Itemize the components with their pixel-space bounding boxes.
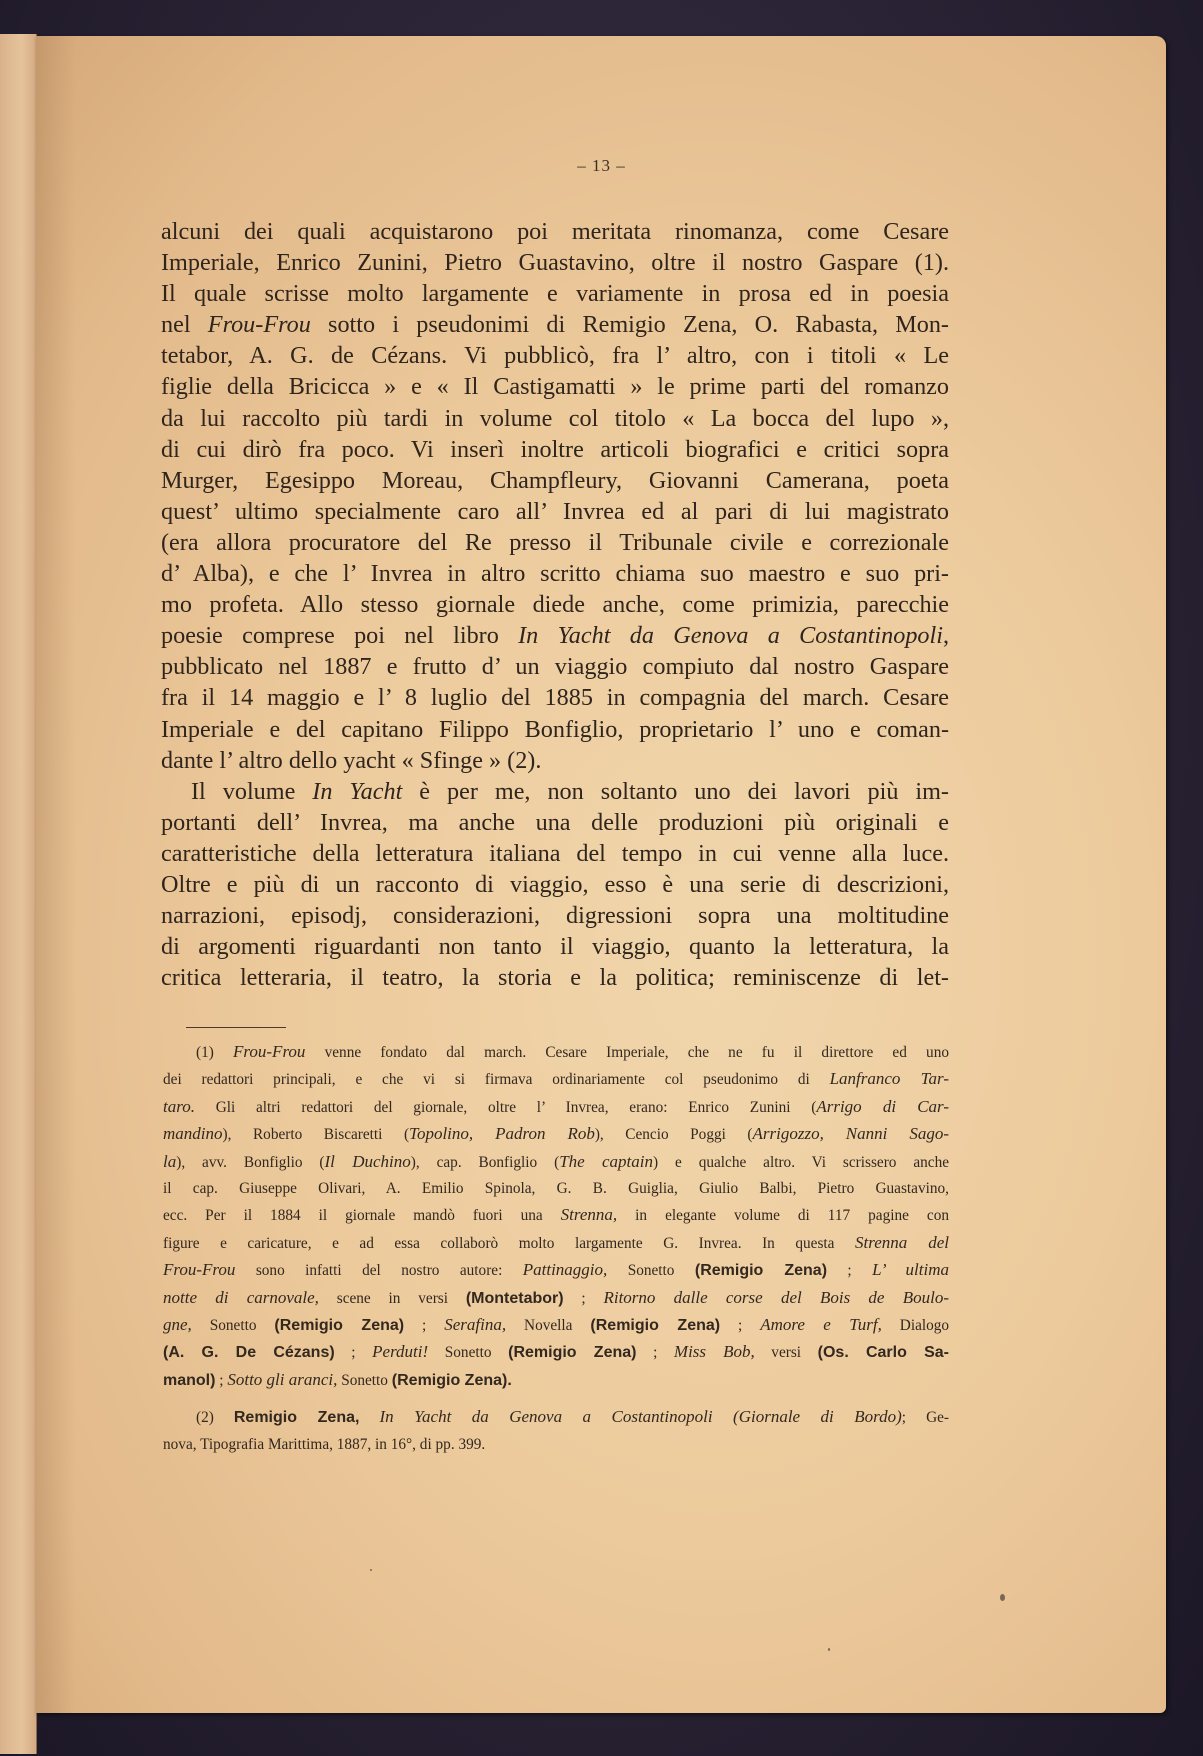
body-line: Il quale scrisse molto largamente e vari… — [161, 278, 949, 309]
italic-text: Amore e Turf, — [760, 1315, 882, 1334]
body-line: Il volume In Yacht è per me, non soltant… — [161, 776, 949, 807]
italic-text: Frou-Frou — [163, 1260, 235, 1279]
italic-text: la — [163, 1152, 176, 1171]
body-line: tetabor, A. G. de Cézans. Vi pubblicò, f… — [161, 340, 949, 371]
italic-text: Perduti! — [372, 1342, 428, 1361]
footnote-2: (2) Remigio Zena, In Yacht da Genova a C… — [163, 1404, 949, 1458]
body-line: mo profeta. Allo stesso giornale diede a… — [161, 589, 949, 620]
body-line: quest’ ultimo specialmente caro all’ Inv… — [161, 496, 949, 527]
footnote-line: dei redattori principali, e che vi si fi… — [163, 1066, 949, 1093]
body-line: di cui dirò fra poco. Vi inserì inoltre … — [161, 434, 949, 465]
italic-text: In Yacht da Genova a Costantinopoli (Gio… — [380, 1407, 902, 1426]
bold-text: (Remigio Zena). — [392, 1372, 512, 1389]
body-line: dante l’ altro dello yacht « Sfinge » (2… — [161, 745, 949, 776]
footnote-1: (1) Frou-Frou venne fondato dal march. C… — [163, 1039, 949, 1394]
body-line: Murger, Egesippo Moreau, Champfleury, Gi… — [161, 465, 949, 496]
italic-text: Strenna del — [855, 1233, 949, 1252]
footnote-line: la), avv. Bonfiglio (Il Duchino), cap. B… — [163, 1149, 949, 1176]
body-line: poesie comprese poi nel libro In Yacht d… — [161, 620, 949, 651]
body-line: Imperiale e del capitano Filippo Bonfigl… — [161, 714, 949, 745]
italic-text: Arrigo di Car- — [816, 1097, 949, 1116]
paper-spot — [1000, 1594, 1005, 1601]
italic-text: Lanfranco Tar- — [830, 1069, 949, 1088]
bold-text: (Montetabor) — [466, 1290, 564, 1307]
body-line: (era allora procuratore del Re presso il… — [161, 527, 949, 558]
italic-text: Miss Bob, — [674, 1342, 755, 1361]
body-line: di argomenti riguardanti non tanto il vi… — [161, 931, 949, 962]
body-line: pubblicato nel 1887 e frutto d’ un viagg… — [161, 651, 949, 682]
italic-text: Serafina, — [444, 1315, 506, 1334]
italic-text: notte di carnovale, — [163, 1288, 319, 1307]
bold-text: (Remigio Zena) — [508, 1344, 636, 1361]
body-line: figlie della Bricicca » e « Il Castigama… — [161, 371, 949, 402]
italic-text: Arrigozzo, Nanni Sago- — [753, 1124, 949, 1143]
italic-text: gne, — [163, 1315, 192, 1334]
body-line: portanti dell’ Invrea, ma anche una dell… — [161, 807, 949, 838]
italic-text: Ritorno dalle corse del Bois de Boulo- — [603, 1288, 949, 1307]
italic-text: Pattinaggio, — [523, 1260, 608, 1279]
italic-text: taro. — [163, 1097, 195, 1116]
footnote-line: gne, Sonetto (Remigio Zena) ; Serafina, … — [163, 1312, 949, 1339]
italic-text: mandino — [163, 1124, 223, 1143]
body-text: alcuni dei quali acquistarono poi merita… — [161, 216, 949, 993]
body-line: critica letteraria, il teatro, la storia… — [161, 962, 949, 993]
footnote-line: (2) Remigio Zena, In Yacht da Genova a C… — [163, 1404, 949, 1431]
bold-text: (Os. Carlo Sa- — [818, 1344, 949, 1361]
footnote-line: il cap. Giuseppe Olivari, A. Emilio Spin… — [163, 1176, 949, 1202]
body-line: fra il 14 maggio e l’ 8 luglio del 1885 … — [161, 682, 949, 713]
bold-text: (Remigio Zena) — [590, 1317, 720, 1334]
body-line: d’ Alba), e che l’ Invrea in altro scrit… — [161, 558, 949, 589]
footnote-line: Frou-Frou sono infatti del nostro autore… — [163, 1257, 949, 1284]
italic-text: Sotto gli aranci, — [227, 1370, 337, 1389]
page-number: – 13 – — [0, 156, 1203, 176]
footnote-divider — [186, 1027, 286, 1028]
italic-text: Frou-Frou — [208, 311, 311, 338]
paper-spot — [828, 1648, 830, 1651]
bold-text: (Remigio Zena) — [274, 1317, 404, 1334]
footnote-line: taro. Gli altri redattori del giornale, … — [163, 1094, 949, 1121]
footnote-line: mandino), Roberto Biscaretti (Topolino, … — [163, 1121, 949, 1148]
body-line: caratteristiche della letteratura italia… — [161, 838, 949, 869]
body-line: Imperiale, Enrico Zunini, Pietro Guastav… — [161, 247, 949, 278]
body-line: Oltre e più di un racconto di viaggio, e… — [161, 869, 949, 900]
footnote-line: (A. G. De Cézans) ; Perduti! Sonetto (Re… — [163, 1339, 949, 1366]
body-line: nel Frou-Frou sotto i pseudonimi di Remi… — [161, 309, 949, 340]
footnote-line: notte di carnovale, scene in versi (Mont… — [163, 1285, 949, 1312]
italic-text: Il Duchino — [325, 1152, 411, 1171]
body-line: da lui raccolto più tardi in volume col … — [161, 403, 949, 434]
footnote-line: manol) ; Sotto gli aranci, Sonetto (Remi… — [163, 1367, 949, 1394]
italic-text: In Yacht — [312, 778, 402, 805]
bold-text: (A. G. De Cézans) — [163, 1344, 335, 1361]
italic-text: The captain — [559, 1152, 653, 1171]
italic-text: Topolino, Padron Rob — [409, 1124, 595, 1143]
bold-text: (Remigio Zena) — [695, 1262, 827, 1279]
italic-text: L’ ultima — [872, 1260, 949, 1279]
footnote-line: figure e caricature, e ad essa collaborò… — [163, 1230, 949, 1257]
footnote-line: nova, Tipografia Marittima, 1887, in 16°… — [163, 1432, 949, 1458]
footnotes: (1) Frou-Frou venne fondato dal march. C… — [163, 1039, 949, 1458]
italic-text: Frou-Frou — [233, 1042, 305, 1061]
paper-spot — [370, 1569, 372, 1571]
footnote-line: ecc. Per il 1884 il giornale mandò fuori… — [163, 1202, 949, 1229]
previous-page-edge — [0, 34, 37, 1754]
body-line: narrazioni, episodj, considerazioni, dig… — [161, 900, 949, 931]
body-line: alcuni dei quali acquistarono poi merita… — [161, 216, 949, 247]
footnote-line: (1) Frou-Frou venne fondato dal march. C… — [163, 1039, 949, 1066]
italic-text: Strenna, — [561, 1205, 618, 1224]
italic-text: In Yacht da Genova a Costantinopoli — [518, 622, 943, 649]
bold-text: manol) — [163, 1372, 215, 1389]
bold-text: Remigio Zena, — [234, 1409, 360, 1426]
